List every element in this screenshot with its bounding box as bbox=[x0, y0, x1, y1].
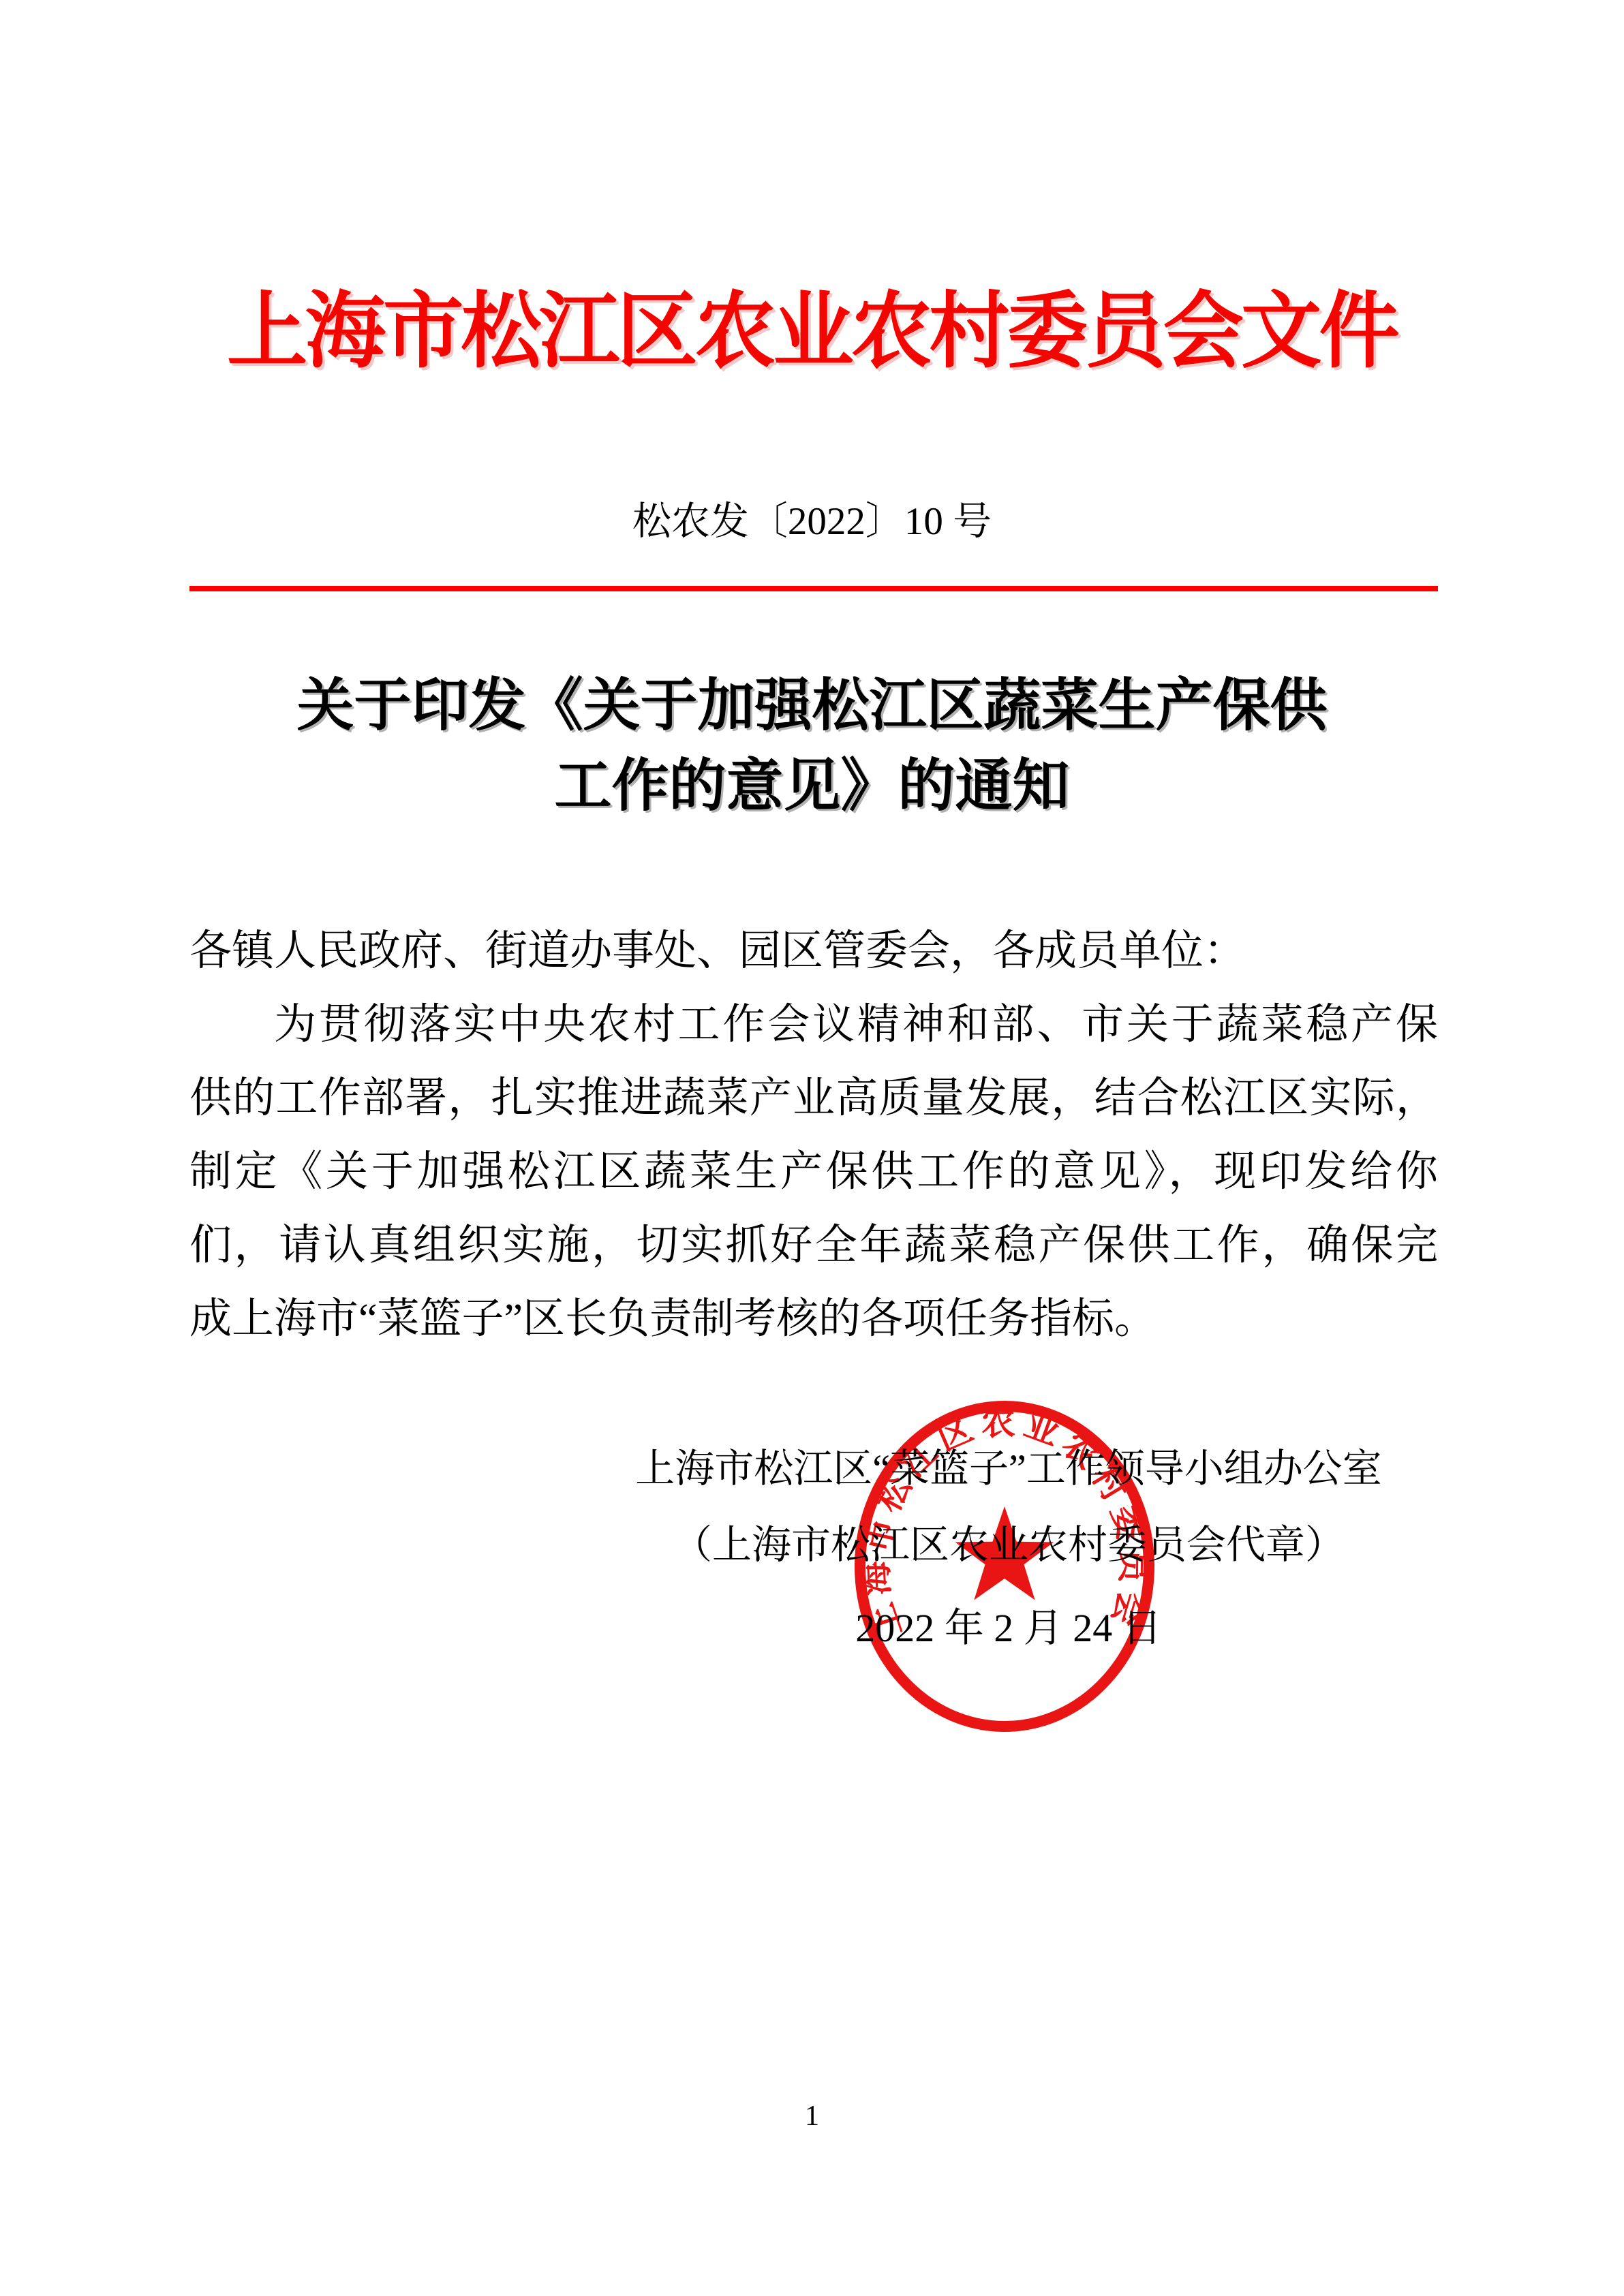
signature-on-behalf-note: （上海市松江区农业农村委员会代章） bbox=[532, 1519, 1486, 1571]
signature-date: 2022 年 2 月 24 日 bbox=[532, 1602, 1486, 1654]
body-line: 们，请认真组织实施，切实抓好全年蔬菜稳产保供工作，确保完 bbox=[189, 1209, 1438, 1282]
signature-office-name: 上海市松江区“菜篮子”工作领导小组办公室 bbox=[532, 1443, 1486, 1495]
document-number: 松农发〔2022〕10 号 bbox=[0, 495, 1624, 549]
document-title-line-2: 工作的意见》的通知 bbox=[0, 747, 1624, 827]
red-divider-rule bbox=[189, 586, 1438, 591]
body-line: 供的工作部署，扎实推进蔬菜产业高质量发展，结合松江区实际， bbox=[189, 1061, 1438, 1135]
body-line: 制定《关于加强松江区蔬菜生产保供工作的意见》，现印发给你 bbox=[189, 1135, 1438, 1209]
document-title-line-1: 关于印发《关于加强松江区蔬菜生产保供 bbox=[0, 666, 1624, 747]
body-salutation-line: 各镇人民政府、街道办事处、园区管委会，各成员单位： bbox=[189, 914, 1438, 988]
document-title: 关于印发《关于加强松江区蔬菜生产保供 工作的意见》的通知 bbox=[0, 666, 1624, 827]
letterhead-org-title: 上海市松江区农业农村委员会文件 bbox=[25, 278, 1600, 387]
page-number: 1 bbox=[0, 2097, 1624, 2135]
document-page: 上海市松江区农业农村委员会文件 松农发〔2022〕10 号 关于印发《关于加强松… bbox=[0, 0, 1624, 2296]
body-line: 成上海市“菜篮子”区长负责制考核的各项任务指标。 bbox=[189, 1282, 1438, 1356]
body-line: 为贯彻落实中央农村工作会议精神和部、市关于蔬菜稳产保 bbox=[189, 988, 1438, 1061]
body-text: 各镇人民政府、街道办事处、园区管委会，各成员单位： 为贯彻落实中央农村工作会议精… bbox=[189, 914, 1438, 1356]
